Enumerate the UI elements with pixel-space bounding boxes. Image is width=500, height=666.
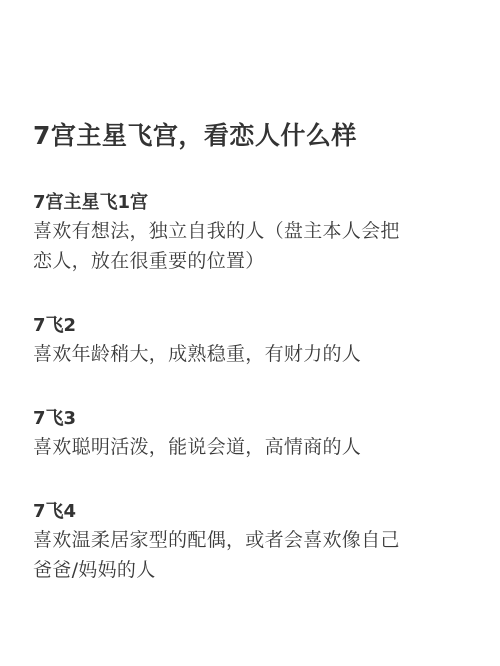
section-7-to-2: 7飞2 喜欢年龄稍大，成熟稳重，有财力的人 — [33, 313, 473, 369]
body-line: 爸爸/妈妈的人 — [33, 555, 473, 585]
section-heading: 7宫主星飞1宫 — [33, 190, 473, 216]
section-body: 喜欢温柔居家型的配偶，或者会喜欢像自己 爸爸/妈妈的人 — [33, 525, 473, 585]
section-7-to-3: 7飞3 喜欢聪明活泼，能说会道，高情商的人 — [33, 406, 473, 462]
body-line: 喜欢温柔居家型的配偶，或者会喜欢像自己 — [33, 525, 473, 555]
section-7-to-1: 7宫主星飞1宫 喜欢有想法，独立自我的人（盘主本人会把 恋人，放在很重要的位置） — [33, 190, 473, 276]
section-heading: 7飞2 — [33, 313, 473, 339]
body-line: 喜欢聪明活泼，能说会道，高情商的人 — [33, 432, 473, 462]
section-heading: 7飞4 — [33, 499, 473, 525]
section-7-to-4: 7飞4 喜欢温柔居家型的配偶，或者会喜欢像自己 爸爸/妈妈的人 — [33, 499, 473, 585]
page-title: 7宫主星飞宫，看恋人什么样 — [33, 116, 357, 152]
body-line: 恋人，放在很重要的位置） — [33, 246, 473, 276]
section-body: 喜欢聪明活泼，能说会道，高情商的人 — [33, 432, 473, 462]
section-body: 喜欢年龄稍大，成熟稳重，有财力的人 — [33, 339, 473, 369]
body-line: 喜欢年龄稍大，成熟稳重，有财力的人 — [33, 339, 473, 369]
section-body: 喜欢有想法，独立自我的人（盘主本人会把 恋人，放在很重要的位置） — [33, 216, 473, 276]
body-line: 喜欢有想法，独立自我的人（盘主本人会把 — [33, 216, 473, 246]
section-heading: 7飞3 — [33, 406, 473, 432]
